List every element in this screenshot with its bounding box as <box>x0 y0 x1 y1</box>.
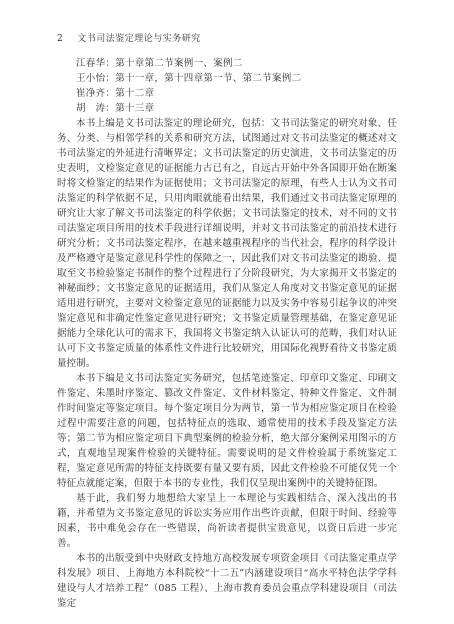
paragraph-practice: 本书下编是文书司法鉴定实务研究，包括笔迹鉴定、印章印文鉴定、印刷文件鉴定、朱墨时… <box>57 371 397 491</box>
book-page: 2 文书司法鉴定理论与实务研究 江春华：第十章第二节案例一、案例二 王小怡：第十… <box>0 0 454 624</box>
body-text: 本书上编是文书司法鉴定的理论研究，包括：文书司法鉴定的研究对象、任务、分类、与相… <box>57 116 397 611</box>
contributor-line: 崔净齐：第十二章 <box>76 86 397 101</box>
paragraph-intro-theory: 本书上编是文书司法鉴定的理论研究，包括：文书司法鉴定的研究对象、任务、分类、与相… <box>57 116 397 371</box>
contributor-line: 江春华：第十章第二节案例一、案例二 <box>76 56 397 71</box>
paragraph-funding: 本书的出版受到中央财政支持地方高校发展专项资金项目《司法鉴定重点学科发展》项目、… <box>57 551 397 611</box>
contributor-list: 江春华：第十章第二节案例一、案例二 王小怡：第十一章，第十四章第一节、第二节案例… <box>57 56 397 116</box>
contributor-line: 王小怡：第十一章，第十四章第一节、第二节案例二 <box>76 71 397 86</box>
page-header: 2 文书司法鉴定理论与实务研究 <box>57 33 397 45</box>
paragraph-hopes: 基于此，我们努力地想给大家呈上一本理论与实践相结合、深入浅出的书籍，并希望为文书… <box>57 491 397 551</box>
contributor-line: 胡 涛：第十三章 <box>76 101 397 116</box>
running-title: 文书司法鉴定理论与实务研究 <box>77 33 201 45</box>
page-number: 2 <box>57 33 63 45</box>
